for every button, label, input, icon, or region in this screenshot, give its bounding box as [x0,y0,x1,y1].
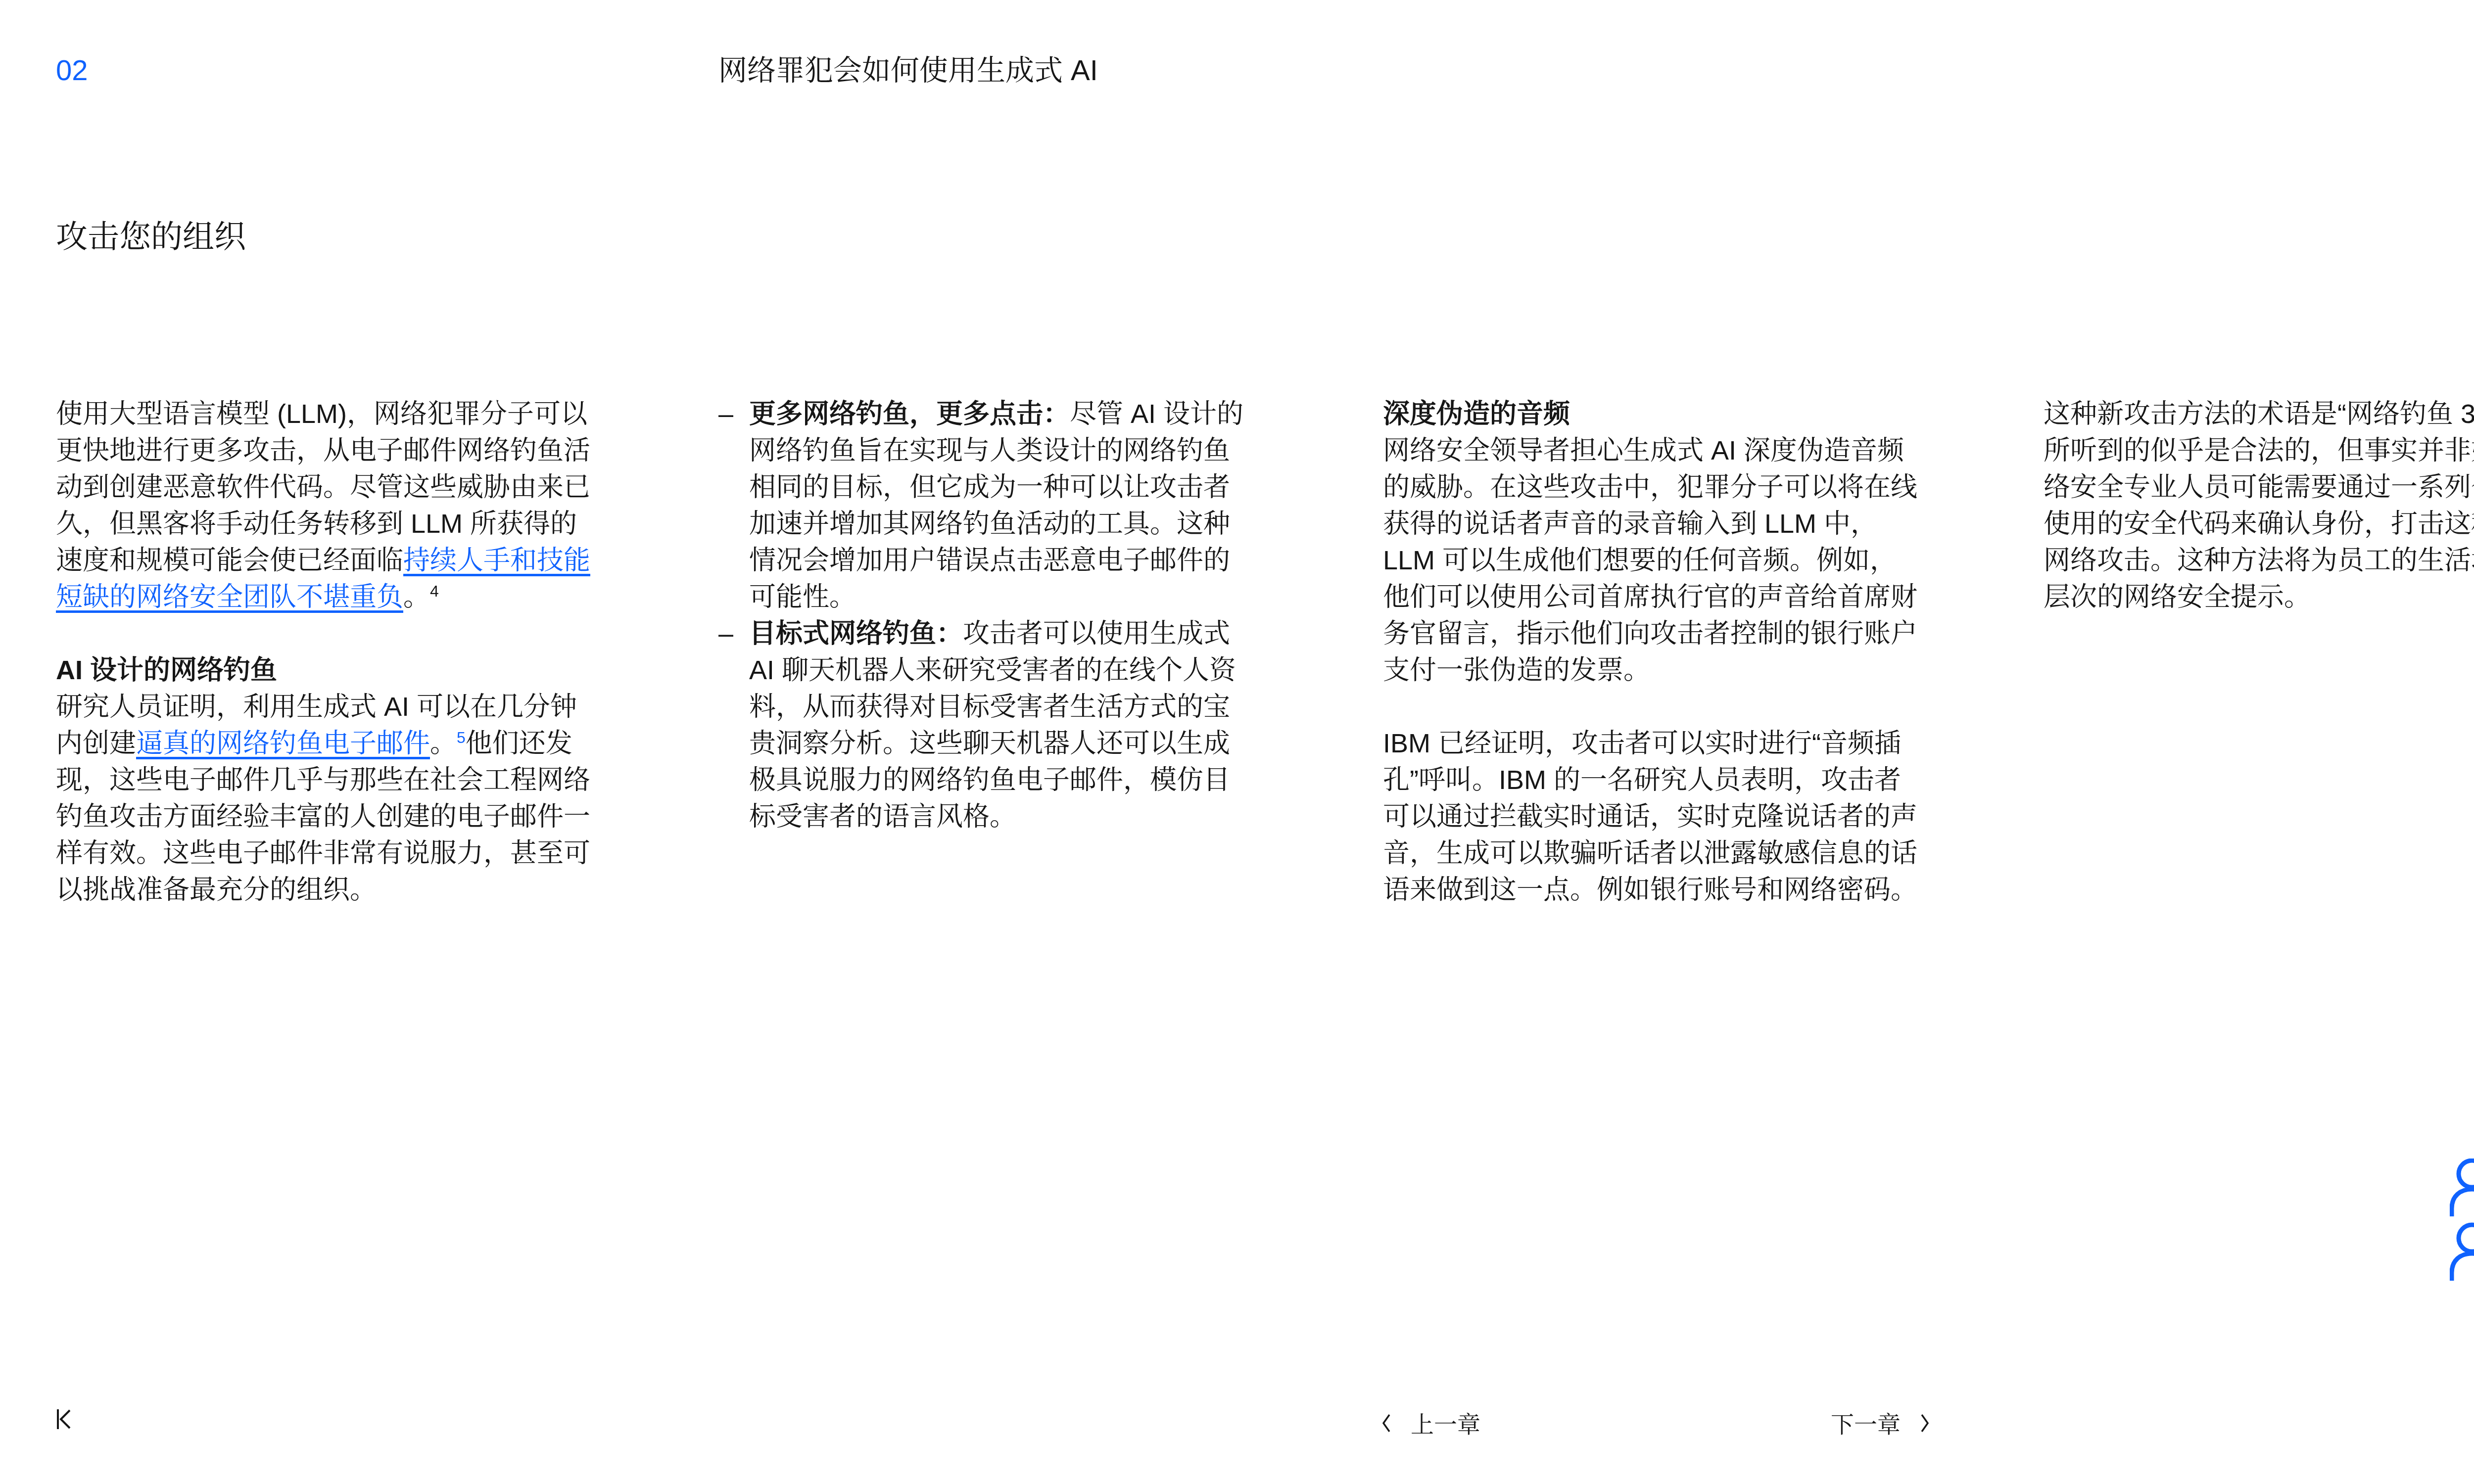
report-page: 02 网络罪犯会如何使用生成式 AI 攻击您的组织 使用大型语言模型 (LLM)… [0,0,2474,1484]
text-run: 网络安全领导者担心生成式 AI 深度伪造音频的威胁。在这些攻击中，犯罪分子可以将… [1383,436,1917,685]
paragraph: 网络安全领导者担心生成式 AI 深度伪造音频的威胁。在这些攻击中，犯罪分子可以将… [1383,432,1920,689]
running-header-title: 网络罪犯会如何使用生成式 AI [718,53,1098,88]
previous-chapter-label: 上一章 [1411,1406,1480,1439]
paragraph: IBM 已经证明，攻击者可以实时进行“音频插孔”呼叫。IBM 的一名研究人员表明… [1383,725,1920,908]
bullet-item: –更多网络钓鱼，更多点击：尽管 AI 设计的网络钓鱼旨在实现与人类设计的网络钓鱼… [718,396,1255,615]
chevron-left-icon [1381,1413,1392,1433]
text-column-4: 这种新攻击方法的术语是“网络钓鱼 3.0”，您所听到的似乎是合法的，但事实并非如… [2044,396,2474,615]
bullet-dash: – [718,396,733,432]
text-run: 这种新攻击方法的术语是“网络钓鱼 3.0”，您所听到的似乎是合法的，但事实并非如… [2044,399,2474,612]
inline-link[interactable]: 逼真的网络钓鱼电子邮件 [136,729,430,758]
bold-lead-in: 更多网络钓鱼，更多点击： [749,399,1070,429]
paragraph: 这种新攻击方法的术语是“网络钓鱼 3.0”，您所听到的似乎是合法的，但事实并非如… [2044,396,2474,615]
text-run: 攻击者可以使用生成式 AI 聊天机器人来研究受害者的在线个人资料，从而获得对目标… [749,619,1236,832]
page-title: 攻击您的组织 [56,217,246,256]
text-run: IBM 已经证明，攻击者可以实时进行“音频插孔”呼叫。IBM 的一名研究人员表明… [1383,729,1917,905]
sub-heading: 深度伪造的音频 [1383,396,1920,432]
chevron-right-icon [1919,1413,1930,1433]
chapter-number: 02 [56,53,88,88]
text-column-2: –更多网络钓鱼，更多点击：尽管 AI 设计的网络钓鱼旨在实现与人类设计的网络钓鱼… [718,396,1255,835]
text-column-3: 深度伪造的音频网络安全领导者担心生成式 AI 深度伪造音频的威胁。在这些攻击中，… [1383,396,1920,908]
people-group-icon [2450,1159,2474,1283]
footnote-reference: 4 [430,582,439,600]
skip-to-start-icon [56,1409,72,1430]
chapter-navigation: 上一章 下一章 [1381,1406,1930,1439]
footnote-reference-link[interactable]: 5 [457,729,466,746]
paragraph: 使用大型语言模型 (LLM)，网络犯罪分子可以更快地进行更多攻击，从电子邮件网络… [56,396,593,615]
skip-to-start-button[interactable] [56,1409,72,1430]
bullet-dash: – [718,615,733,652]
bold-lead-in: 目标式网络钓鱼： [749,619,963,649]
next-chapter-button[interactable]: 下一章 [1831,1406,1930,1439]
bullet-item: –目标式网络钓鱼：攻击者可以使用生成式 AI 聊天机器人来研究受害者的在线个人资… [718,615,1255,835]
next-chapter-label: 下一章 [1831,1406,1901,1439]
sub-heading: AI 设计的网络钓鱼 [56,652,593,689]
text-run: 尽管 AI 设计的网络钓鱼旨在实现与人类设计的网络钓鱼相同的目标，但它成为一种可… [749,399,1243,612]
text-run: 。 [403,582,430,612]
text-run: 。 [430,729,457,758]
text-run: AI 设计的网络钓鱼 [56,655,277,685]
text-run: 深度伪造的音频 [1383,399,1570,429]
text-column-1: 使用大型语言模型 (LLM)，网络犯罪分子可以更快地进行更多攻击，从电子邮件网络… [56,396,593,908]
paragraph: 研究人员证明，利用生成式 AI 可以在几分钟内创建逼真的网络钓鱼电子邮件。5他们… [56,689,593,908]
previous-chapter-button[interactable]: 上一章 [1381,1406,1480,1439]
